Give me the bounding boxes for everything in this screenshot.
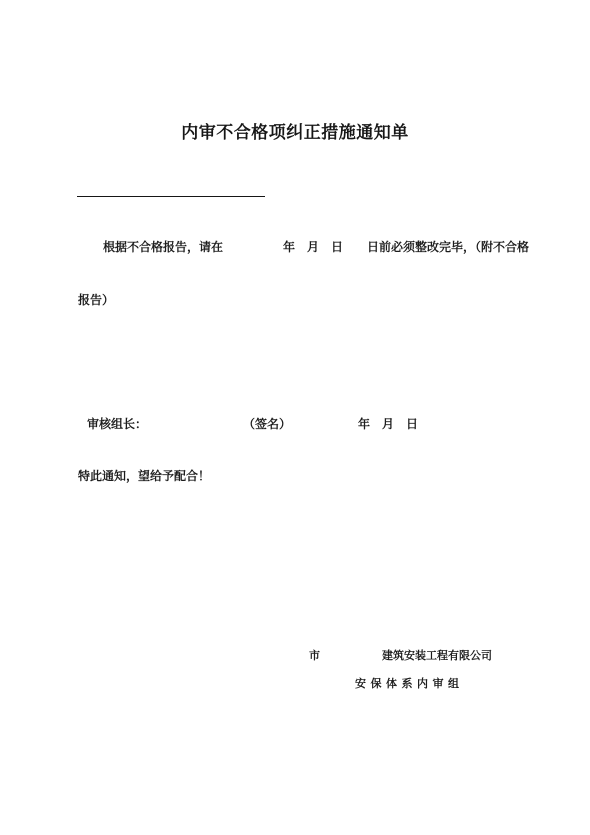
body-lead-text: 根据不合格报告，请在 (103, 240, 223, 255)
unit-name-blank-line (77, 182, 265, 197)
signature-hint: （签名） (243, 417, 291, 432)
audit-leader-label: 审核组长： (87, 417, 147, 432)
footer-company-name: 建筑安装工程有限公司 (382, 650, 492, 664)
notice-text: 特此通知，望给予配合！ (78, 469, 210, 484)
document-page: 内审不合格项纠正措施通知单 根据不合格报告，请在 年 月 日 日前必须整改完毕，… (0, 0, 590, 835)
footer-audit-team: 安保体系内审组 (355, 678, 464, 692)
deadline-date-blank: 年 月 日 (283, 240, 343, 255)
body-tail-text: 日前必须整改完毕，（附不合格 (367, 240, 529, 255)
body-continuation-text: 报告） (78, 293, 114, 308)
signature-date-blank: 年 月 日 (358, 417, 418, 432)
page-title: 内审不合格项纠正措施通知单 (0, 118, 590, 143)
footer-city-suffix: 市 (309, 650, 320, 664)
